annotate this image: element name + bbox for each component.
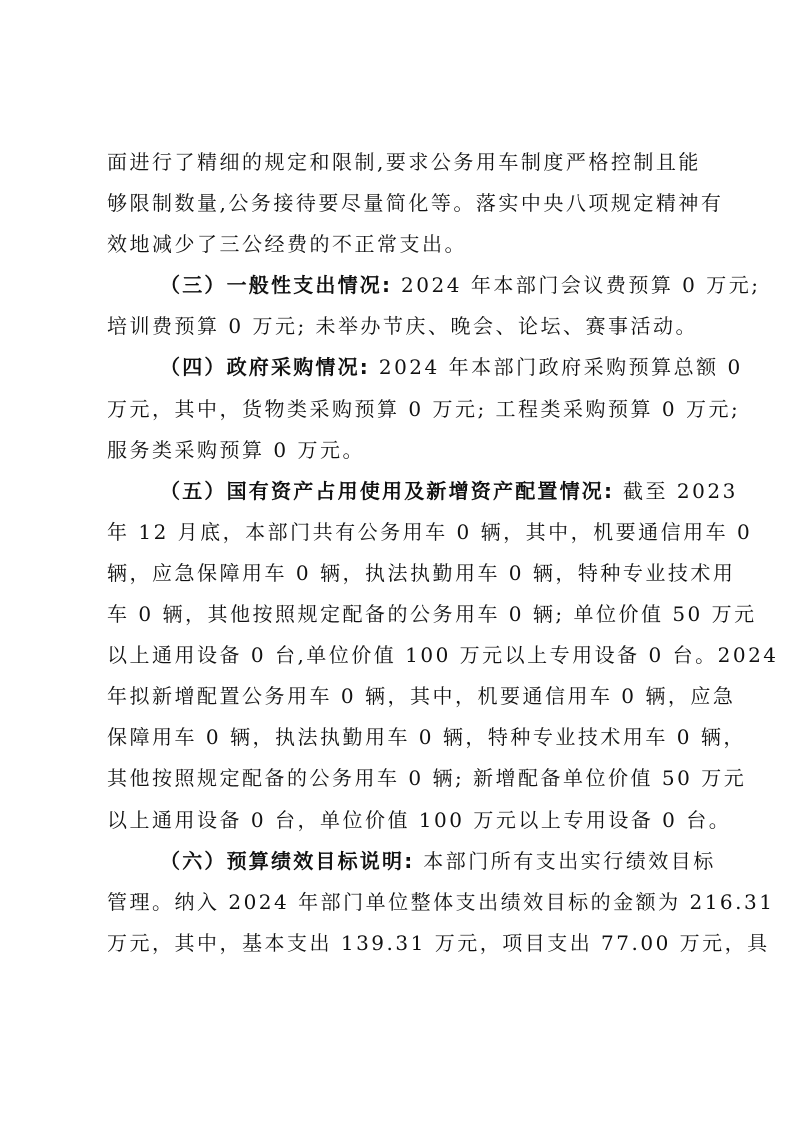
text-line: 以上通用设备 0 台,单位价值 100 万元以上专用设备 0 台。2024 — [107, 635, 687, 676]
text-line: （六）预算绩效目标说明: 本部门所有支出实行绩效目标 — [107, 841, 687, 882]
text-span: 2024 年本部门会议费预算 0 万元; — [392, 273, 760, 297]
text-span: 截至 2023 — [614, 479, 738, 503]
text-line: 以上通用设备 0 台，单位价值 100 万元以上专用设备 0 台。 — [107, 800, 687, 841]
text-line: 面进行了精细的规定和限制,要求公务用车制度严格控制且能 — [107, 142, 687, 183]
text-line: 培训费预算 0 万元; 未举办节庆、晚会、论坛、赛事活动。 — [107, 306, 687, 347]
text-line: 够限制数量,公务接待要尽量简化等。落实中央八项规定精神有 — [107, 183, 687, 224]
text-line: 年 12 月底，本部门共有公务用车 0 辆，其中，机要通信用车 0 — [107, 512, 687, 553]
text-line: 效地减少了三公经费的不正常支出。 — [107, 224, 687, 265]
paragraph-government-procurement: （四）政府采购情况: 2024 年本部门政府采购预算总额 0 万元，其中，货物类… — [107, 347, 687, 470]
text-line: 其他按照规定配备的公务用车 0 辆; 新增配备单位价值 50 万元 — [107, 758, 687, 799]
text-line: 年拟新增配置公务用车 0 辆，其中，机要通信用车 0 辆，应急 — [107, 676, 687, 717]
text-line: （三）一般性支出情况: 2024 年本部门会议费预算 0 万元; — [107, 265, 687, 306]
section-heading: （六）预算绩效目标说明: — [160, 849, 414, 873]
text-line: 万元，其中，货物类采购预算 0 万元; 工程类采购预算 0 万元; — [107, 389, 687, 430]
text-span: 本部门所有支出实行绩效目标 — [414, 849, 715, 873]
text-line: 管理。纳入 2024 年部门单位整体支出绩效目标的金额为 216.31 — [107, 882, 687, 923]
section-heading: （三）一般性支出情况: — [160, 273, 392, 297]
document-page: 面进行了精细的规定和限制,要求公务用车制度严格控制且能 够限制数量,公务接待要尽… — [107, 142, 687, 964]
text-line: 万元，其中，基本支出 139.31 万元，项目支出 77.00 万元，具 — [107, 923, 687, 964]
text-line: 服务类采购预算 0 万元。 — [107, 430, 687, 471]
text-line: （四）政府采购情况: 2024 年本部门政府采购预算总额 0 — [107, 347, 687, 388]
text-line: 车 0 辆，其他按照规定配备的公务用车 0 辆; 单位价值 50 万元 — [107, 594, 687, 635]
section-heading: （四）政府采购情况: — [160, 355, 370, 379]
section-heading: （五）国有资产占用使用及新增资产配置情况: — [160, 479, 614, 503]
paragraph-continuation: 面进行了精细的规定和限制,要求公务用车制度严格控制且能 够限制数量,公务接待要尽… — [107, 142, 687, 265]
paragraph-state-assets: （五）国有资产占用使用及新增资产配置情况: 截至 2023 年 12 月底，本部… — [107, 471, 687, 841]
text-line: 辆，应急保障用车 0 辆，执法执勤用车 0 辆，特种专业技术用 — [107, 553, 687, 594]
text-span: 2024 年本部门政府采购预算总额 0 — [370, 355, 743, 379]
text-line: 保障用车 0 辆，执法执勤用车 0 辆，特种专业技术用车 0 辆， — [107, 717, 687, 758]
paragraph-performance-targets: （六）预算绩效目标说明: 本部门所有支出实行绩效目标 管理。纳入 2024 年部… — [107, 841, 687, 964]
text-line: （五）国有资产占用使用及新增资产配置情况: 截至 2023 — [107, 471, 687, 512]
paragraph-general-expenditure: （三）一般性支出情况: 2024 年本部门会议费预算 0 万元; 培训费预算 0… — [107, 265, 687, 347]
